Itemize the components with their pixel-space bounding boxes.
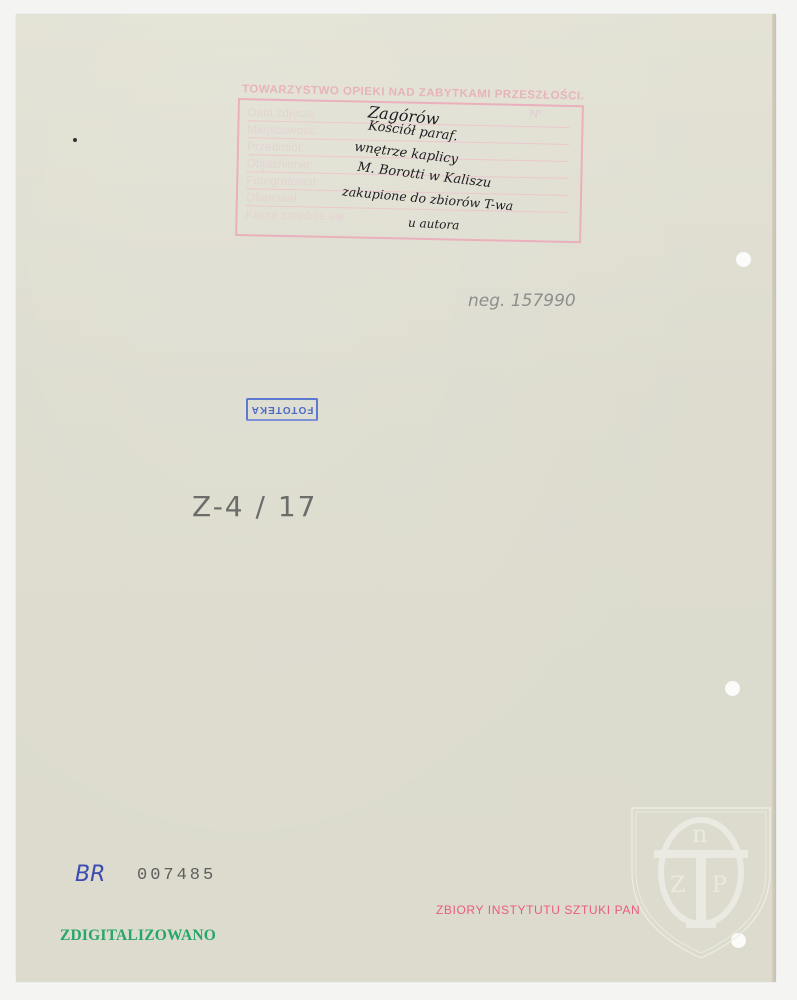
inscription-line: u autora [408, 216, 460, 233]
tonzp-watermark-icon: n Z P [626, 802, 776, 962]
punch-hole-top [736, 252, 751, 267]
collection-stamp: ZBIORY INSTYTUTU SZTUKI PAN [436, 903, 640, 917]
fototeka-stamp: FOTOTEKA [246, 398, 318, 421]
svg-text:P: P [712, 873, 727, 898]
digitized-stamp: ZDIGITALIZOWANO [60, 927, 216, 945]
punch-hole-middle [725, 681, 740, 696]
br-mark: BR [75, 862, 105, 887]
negative-number: neg. 157990 [468, 291, 576, 311]
shelf-mark: Z-4 / 17 [192, 490, 317, 523]
photo-card-back: TOWARZYSTWO OPIEKI NAD ZABYTKAMI PRZESZŁ… [16, 14, 776, 982]
svg-text:Z: Z [670, 873, 685, 898]
inventory-number: 007485 [137, 866, 216, 885]
ink-speck [73, 138, 77, 142]
svg-text:n: n [692, 820, 707, 848]
